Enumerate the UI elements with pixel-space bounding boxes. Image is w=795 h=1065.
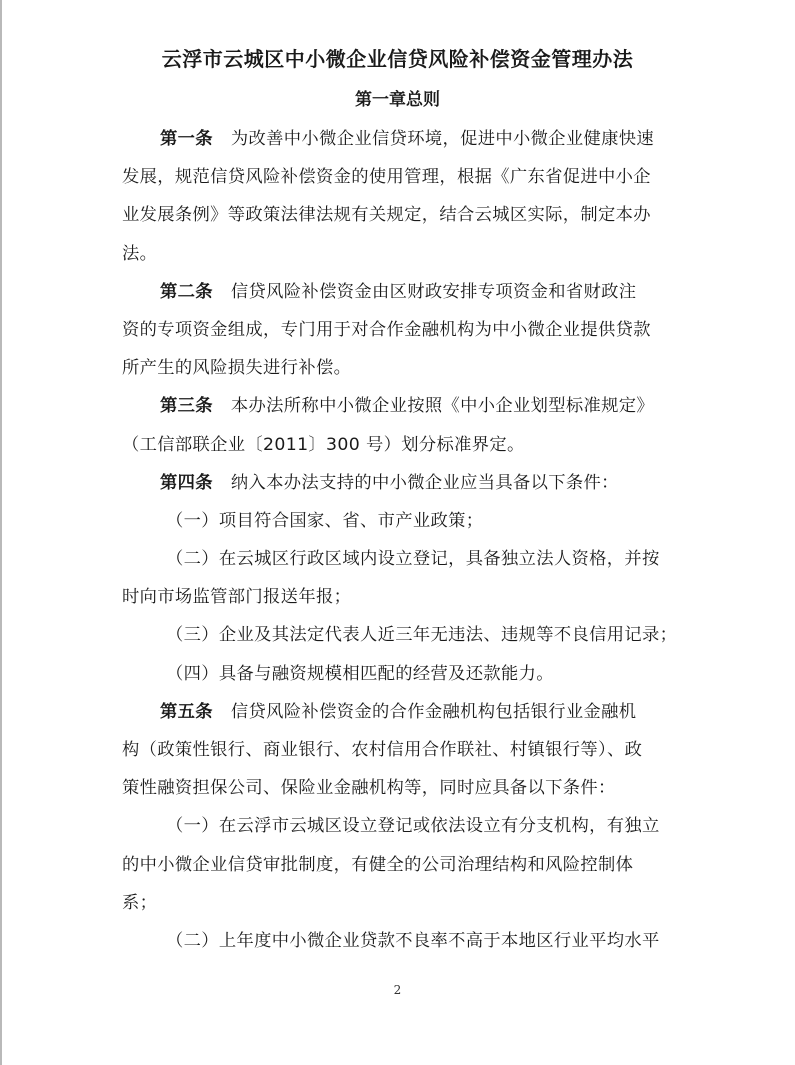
article-text: 为改善中小微企业信贷环境，促进中小微企业健康快速: [231, 129, 654, 149]
article-5-line-3: 策性融资担保公司、保险业金融机构等，同时应具备以下条件：: [122, 769, 678, 807]
article-label: 第五条: [160, 702, 213, 722]
document-page: 云浮市云城区中小微企业信贷风险补偿资金管理办法 第一章总则 第一条为改善中小微企…: [0, 0, 795, 1065]
article-5-item-2-line-1: （二）上年度中小微企业贷款不良率不高于本地区行业平均水平: [122, 922, 678, 960]
article-label: 第三条: [160, 396, 213, 416]
article-4-item-2-line-1: （二）在云城区行政区域内设立登记，具备独立法人资格，并按: [122, 540, 678, 578]
article-5-line-2: 构（政策性银行、商业银行、农村信用合作联社、村镇银行等）、政: [122, 731, 678, 769]
article-2-line-1: 第二条信贷风险补偿资金由区财政安排专项资金和省财政注: [122, 273, 678, 311]
article-5-item-1-line-3: 系；: [122, 884, 678, 922]
article-1-line-4: 法。: [122, 235, 678, 273]
article-text: 本办法所称中小微企业按照《中小企业划型标准规定》: [231, 396, 654, 416]
article-4-item-1: （一）项目符合国家、省、市产业政策；: [122, 502, 678, 540]
article-1-line-3: 业发展条例》等政策法律法规有关规定，结合云城区实际，制定本办: [122, 196, 678, 234]
article-text: 信贷风险补偿资金由区财政安排专项资金和省财政注: [231, 282, 637, 302]
article-3-line-2: （工信部联企业〔2011〕300 号）划分标准界定。: [122, 426, 678, 464]
article-5-item-1-line-1: （一）在云浮市云城区设立登记或依法设立有分支机构，有独立: [122, 807, 678, 845]
article-4-item-2-line-2: 时向市场监管部门报送年报；: [122, 578, 678, 616]
article-4-item-4: （四）具备与融资规模相匹配的经营及还款能力。: [122, 655, 678, 693]
article-5-line-1: 第五条信贷风险补偿资金的合作金融机构包括银行业金融机: [122, 693, 678, 731]
article-2-line-3: 所产生的风险损失进行补偿。: [122, 349, 678, 387]
article-3-line-1: 第三条本办法所称中小微企业按照《中小企业划型标准规定》: [122, 387, 678, 425]
document-body: 第一条为改善中小微企业信贷环境，促进中小微企业健康快速 发展，规范信贷风险补偿资…: [122, 120, 678, 960]
article-label: 第二条: [160, 282, 213, 302]
article-1-line-2: 发展，规范信贷风险补偿资金的使用管理，根据《广东省促进中小企: [122, 158, 678, 196]
article-4-item-3: （三）企业及其法定代表人近三年无违法、违规等不良信用记录；: [122, 616, 678, 654]
article-1-line-1: 第一条为改善中小微企业信贷环境，促进中小微企业健康快速: [122, 120, 678, 158]
article-text: 纳入本办法支持的中小微企业应当具备以下条件：: [231, 473, 619, 493]
article-label: 第四条: [160, 473, 213, 493]
document-title: 云浮市云城区中小微企业信贷风险补偿资金管理办法: [0, 44, 795, 74]
chapter-heading: 第一章总则: [0, 86, 795, 114]
page-number: 2: [0, 983, 795, 997]
article-5-item-1-line-2: 的中小微企业信贷审批制度，有健全的公司治理结构和风险控制体: [122, 846, 678, 884]
article-label: 第一条: [160, 129, 213, 149]
article-4-line-1: 第四条纳入本办法支持的中小微企业应当具备以下条件：: [122, 464, 678, 502]
article-2-line-2: 资的专项资金组成，专门用于对合作金融机构为中小微企业提供贷款: [122, 311, 678, 349]
article-text: 信贷风险补偿资金的合作金融机构包括银行业金融机: [231, 702, 637, 722]
